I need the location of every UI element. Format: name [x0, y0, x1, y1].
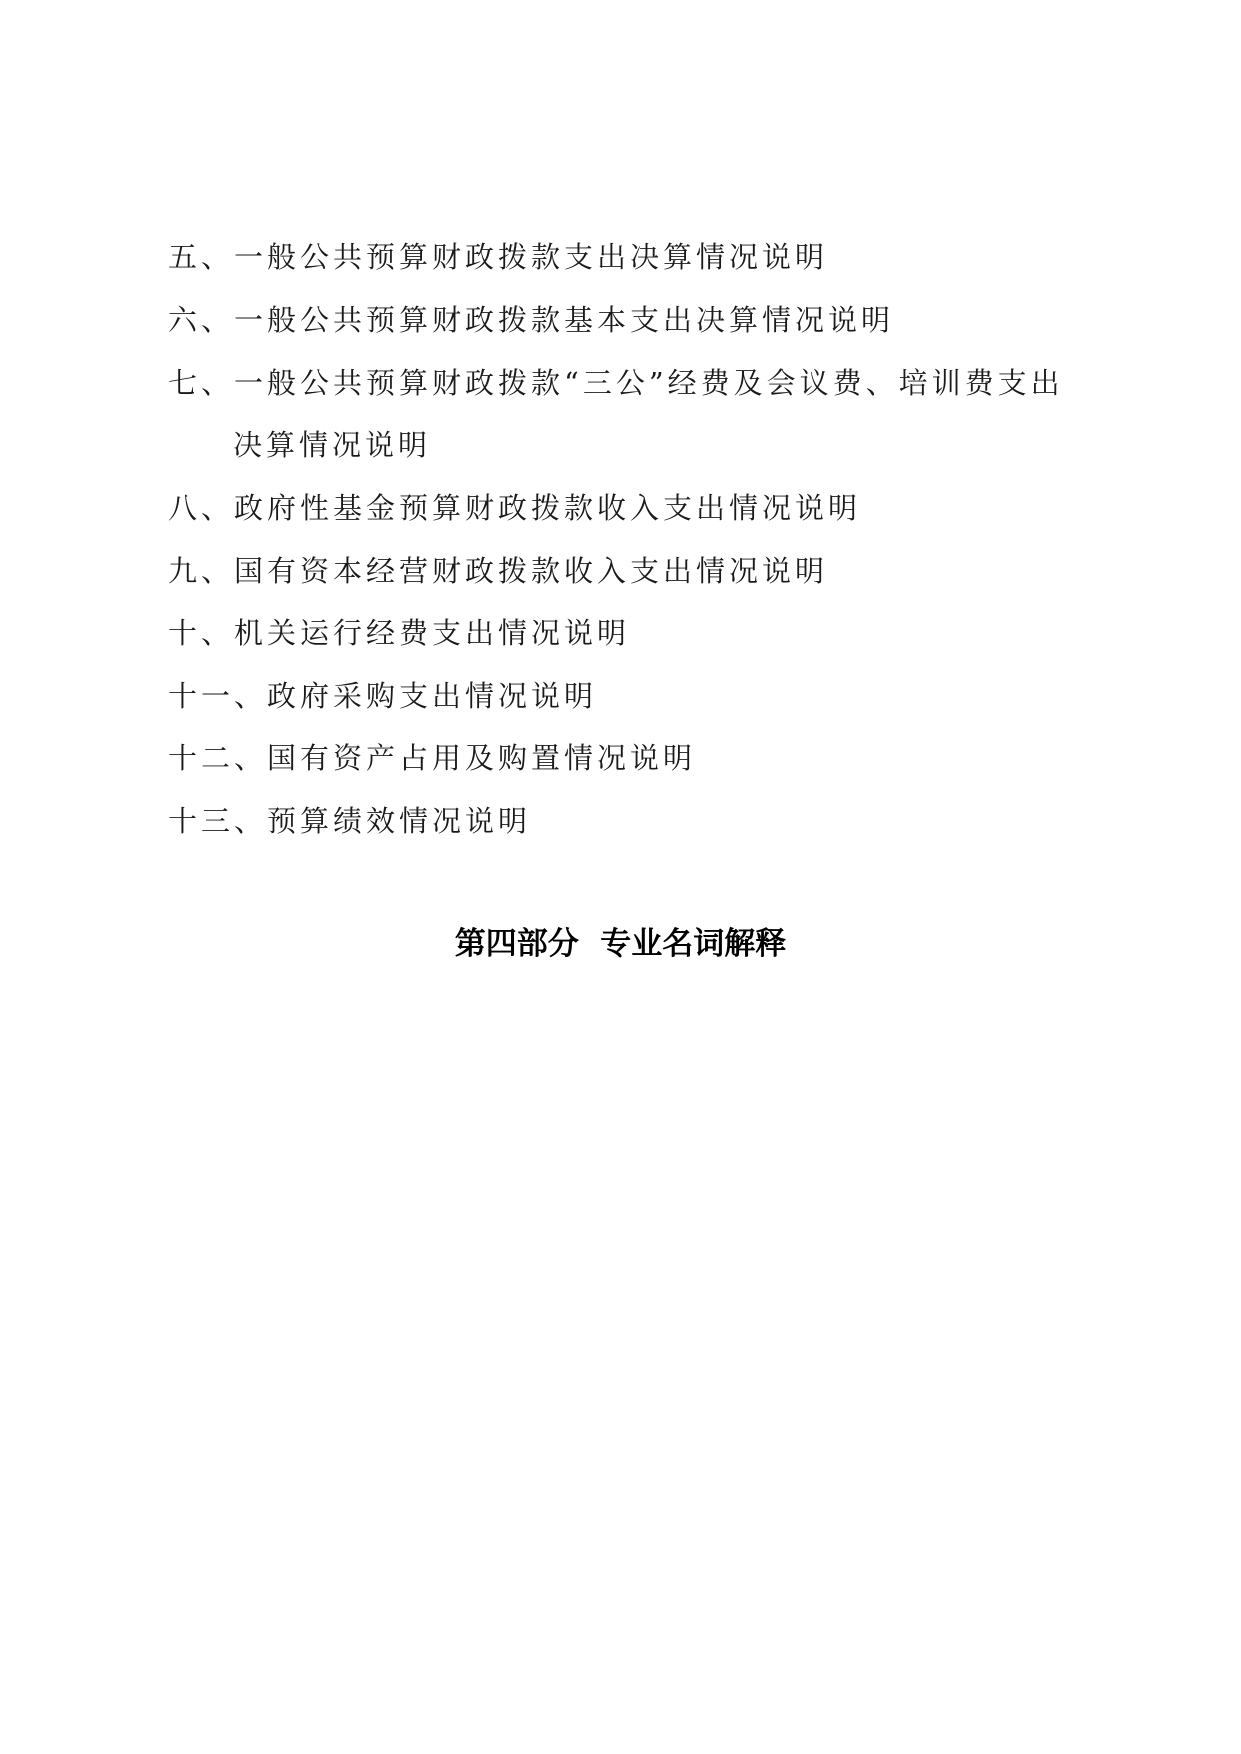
document-page: 五、一般公共预算财政拨款支出决算情况说明 六、一般公共预算财政拨款基本支出决算情…: [0, 0, 1241, 1754]
toc-item-7-continuation: 决算情况说明: [233, 425, 431, 465]
toc-item-7: 七、一般公共预算财政拨款“三公”经费及会议费、培训费支出: [168, 363, 1064, 403]
toc-item-12: 十二、国有资产占用及购置情况说明: [168, 738, 696, 778]
section-heading: 第四部分 专业名词解释: [0, 922, 1241, 966]
toc-item-11: 十一、政府采购支出情况说明: [168, 676, 597, 716]
toc-item-8: 八、政府性基金预算财政拨款收入支出情况说明: [168, 488, 861, 528]
toc-item-5: 五、一般公共预算财政拨款支出决算情况说明: [168, 237, 828, 277]
toc-item-6: 六、一般公共预算财政拨款基本支出决算情况说明: [168, 300, 894, 340]
toc-item-13: 十三、预算绩效情况说明: [168, 801, 531, 841]
toc-item-9: 九、国有资本经营财政拨款收入支出情况说明: [168, 551, 828, 591]
toc-item-10: 十、机关运行经费支出情况说明: [168, 613, 630, 653]
